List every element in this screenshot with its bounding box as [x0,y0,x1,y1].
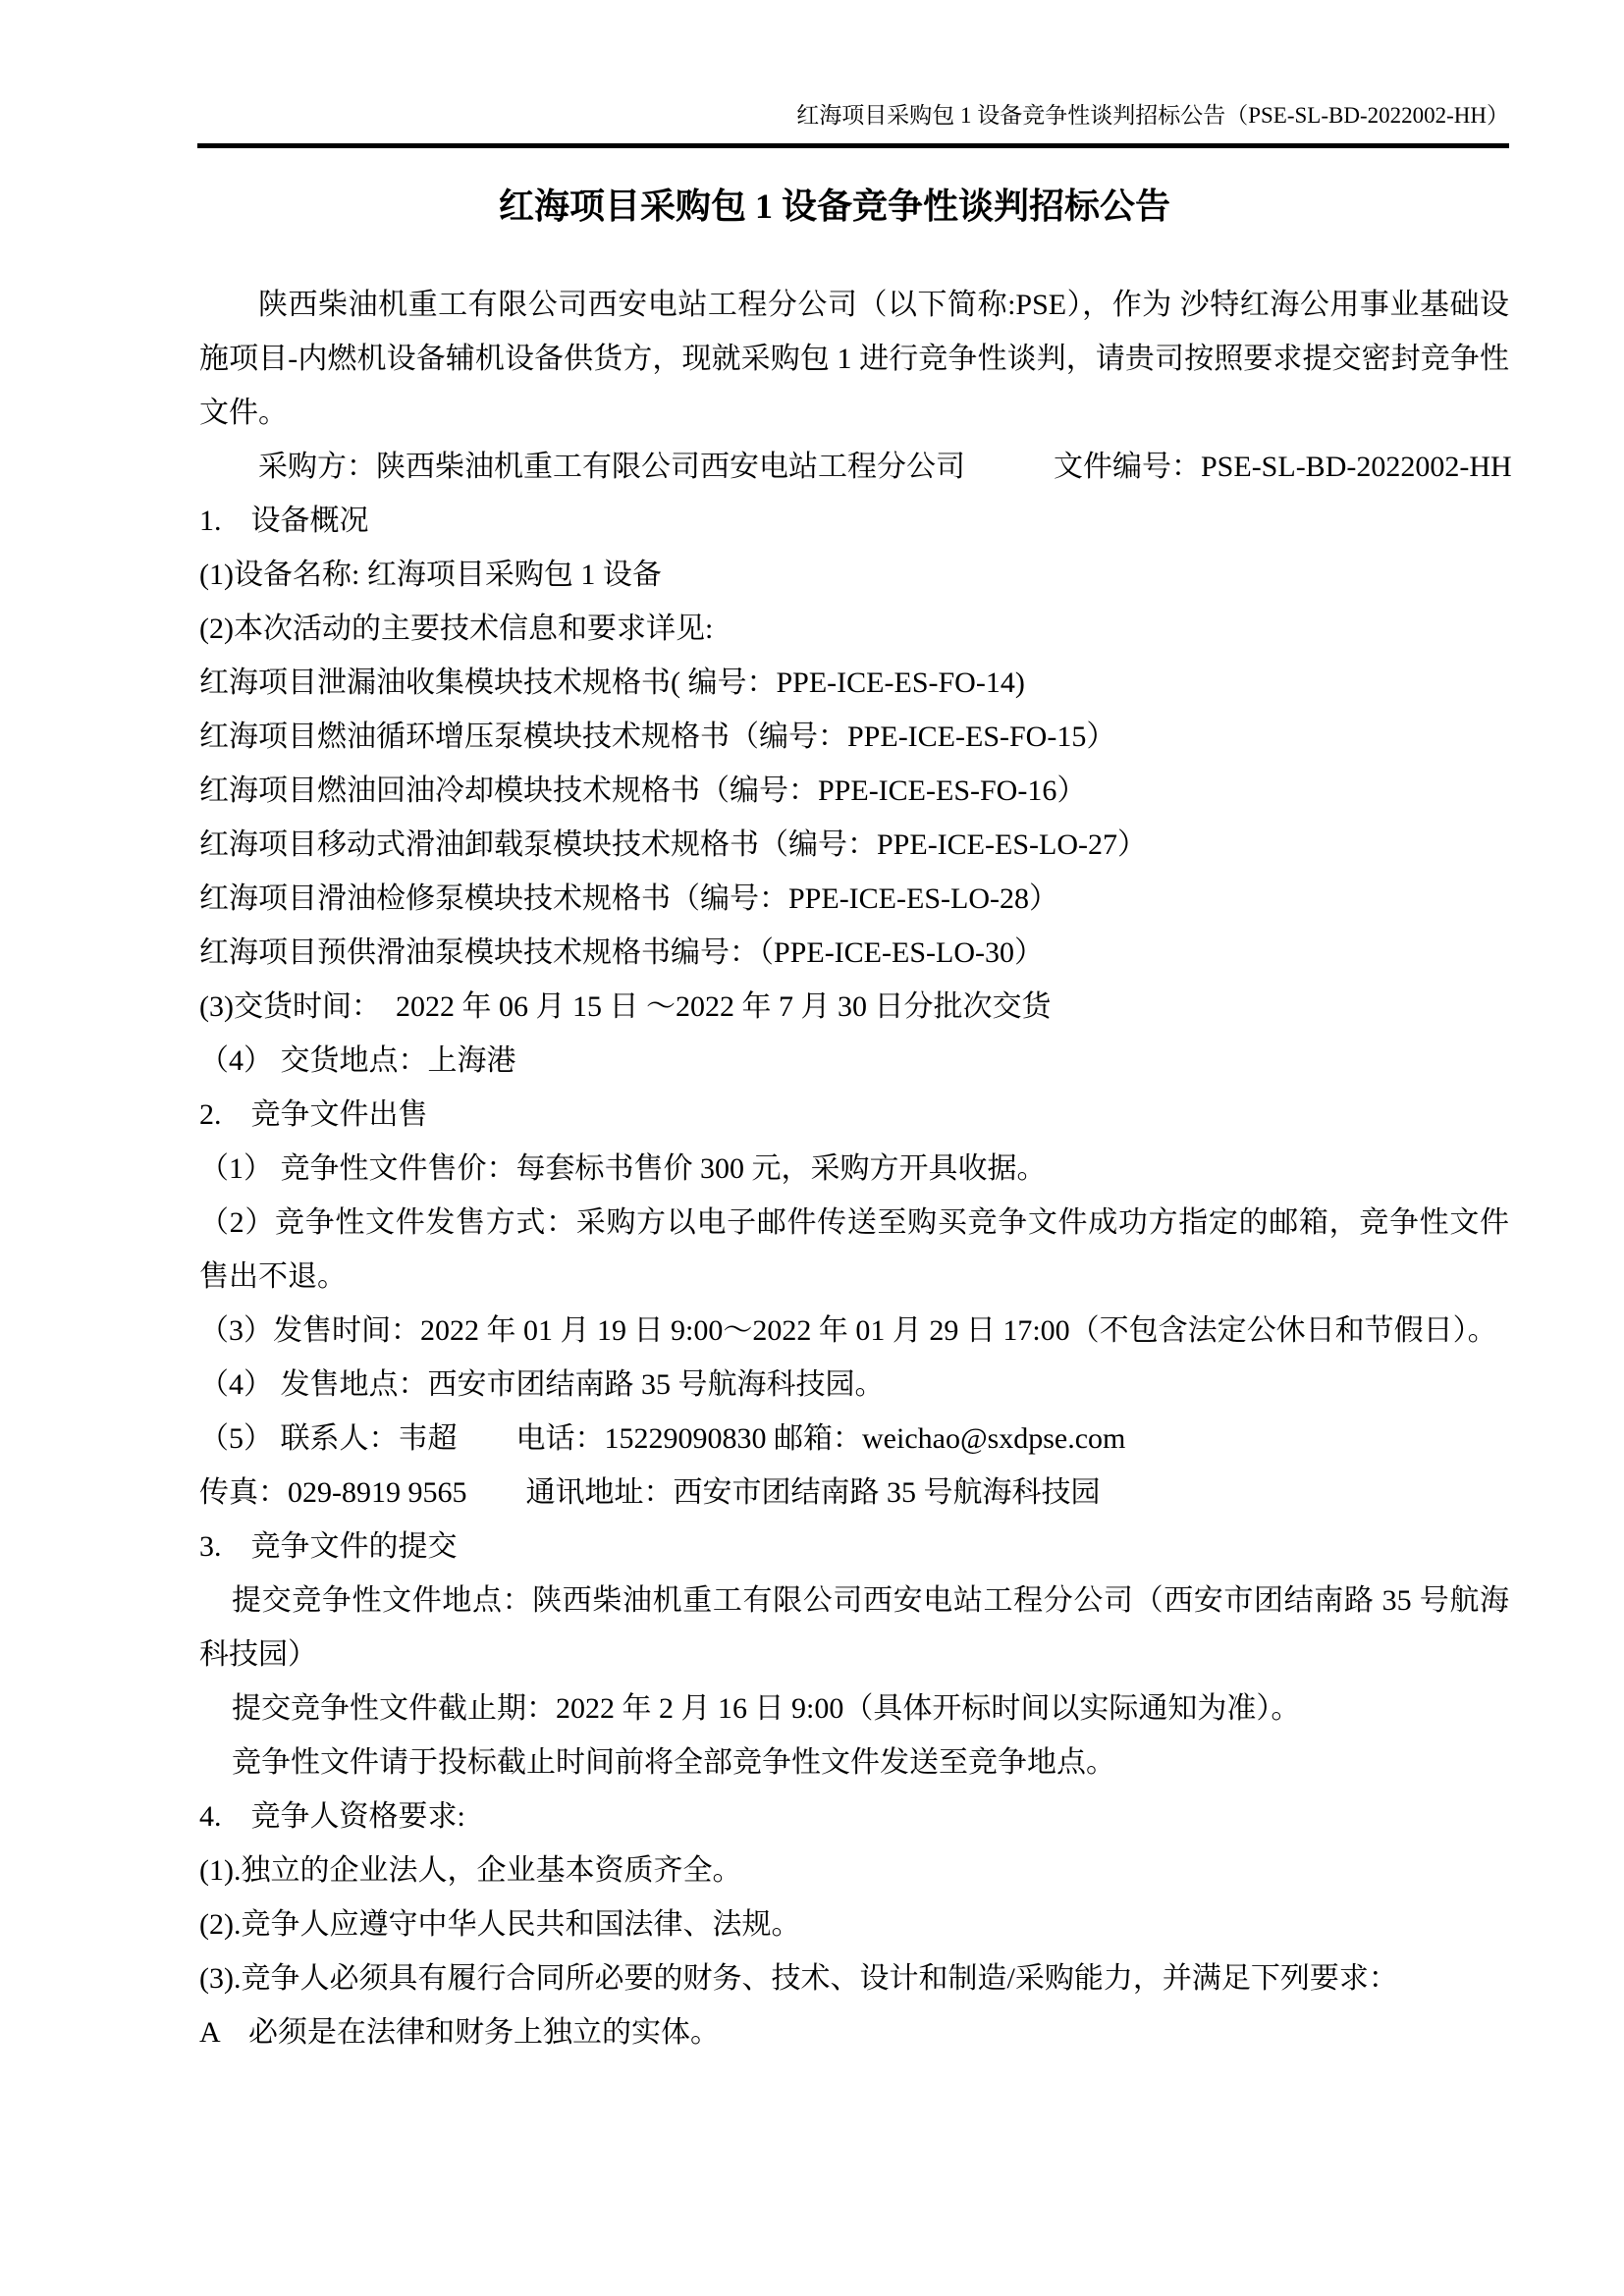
device-name-line: (1)设备名称: 红海项目采购包 1 设备 [199,548,1509,602]
purchaser-and-doc-number-line: 采购方：陕西柴油机重工有限公司西安电站工程分公司 文件编号：PSE-SL-BD-… [199,440,1509,494]
technical-info-line: (2)本次活动的主要技术信息和要求详见: [199,602,1509,656]
spec-line-fo-14: 红海项目泄漏油收集模块技术规格书( 编号：PPE-ICE-ES-FO-14) [199,656,1509,710]
document-delivery-method-paragraph: （2）竞争性文件发售方式：采购方以电子邮件传送至购买竞争文件成功方指定的邮箱，竞… [199,1196,1509,1304]
section-2-heading: 2. 竞争文件出售 [199,1088,1509,1142]
fax-and-address-line: 传真：029-8919 9565 通讯地址：西安市团结南路 35 号航海科技园 [199,1466,1509,1520]
contact-person-line: （5） 联系人：韦超 电话：15229090830 邮箱：weichao@sxd… [199,1412,1509,1466]
spec-line-lo-30: 红海项目预供滑油泵模块技术规格书编号：（PPE-ICE-ES-LO-30） [199,926,1509,980]
page-header-text: 红海项目采购包 1 设备竞争性谈判招标公告（PSE-SL-BD-2022002-… [199,100,1509,132]
spec-line-lo-28: 红海项目滑油检修泵模块技术规格书（编号：PPE-ICE-ES-LO-28） [199,872,1509,926]
qualification-item-a: A 必须是在法律和财务上独立的实体。 [199,2005,1509,2059]
document-title: 红海项目采购包 1 设备竞争性谈判招标公告 [157,183,1512,230]
document-page: 红海项目采购包 1 设备竞争性谈判招标公告（PSE-SL-BD-2022002-… [0,0,1624,2296]
submission-deadline-line: 提交竞争性文件截止期：2022 年 2 月 16 日 9:00（具体开标时间以实… [199,1682,1509,1735]
submission-place-paragraph: 提交竞争性文件地点：陕西柴油机重工有限公司西安电站工程分公司（西安市团结南路 3… [199,1574,1509,1682]
section-1-heading: 1. 设备概况 [199,494,1509,548]
qualification-item-3: (3).竞争人必须具有履行合同所必要的财务、技术、设计和制造/采购能力，并满足下… [199,1951,1509,2005]
spec-line-fo-16: 红海项目燃油回油冷却模块技术规格书（编号：PPE-ICE-ES-FO-16） [199,764,1509,818]
document-price-line: （1） 竞争性文件售价：每套标书售价 300 元，采购方开具收据。 [199,1142,1509,1196]
section-3-heading: 3. 竞争文件的提交 [199,1520,1509,1574]
document-body: 陕西柴油机重工有限公司西安电站工程分公司（以下简称:PSE），作为 沙特红海公用… [199,278,1509,2059]
section-4-heading: 4. 竞争人资格要求: [199,1789,1509,1843]
intro-paragraph: 陕西柴油机重工有限公司西安电站工程分公司（以下简称:PSE），作为 沙特红海公用… [199,278,1509,440]
sale-time-line: （3）发售时间：2022 年 01 月 19 日 9:00～2022 年 01 … [199,1304,1509,1358]
sale-place-line: （4） 发售地点：西安市团结南路 35 号航海科技园。 [199,1358,1509,1412]
spec-line-fo-15: 红海项目燃油循环增压泵模块技术规格书（编号：PPE-ICE-ES-FO-15） [199,710,1509,764]
header-rule-divider [197,143,1509,148]
submission-instruction-line: 竞争性文件请于投标截止时间前将全部竞争性文件发送至竞争地点。 [199,1735,1509,1789]
delivery-time-line: (3)交货时间： 2022 年 06 月 15 日 ～2022 年 7 月 30… [199,980,1509,1034]
delivery-place-line: （4） 交货地点：上海港 [199,1034,1509,1088]
spec-line-lo-27: 红海项目移动式滑油卸载泵模块技术规格书（编号：PPE-ICE-ES-LO-27） [199,818,1509,872]
qualification-item-1: (1).独立的企业法人，企业基本资质齐全。 [199,1843,1509,1897]
qualification-item-2: (2).竞争人应遵守中华人民共和国法律、法规。 [199,1897,1509,1951]
